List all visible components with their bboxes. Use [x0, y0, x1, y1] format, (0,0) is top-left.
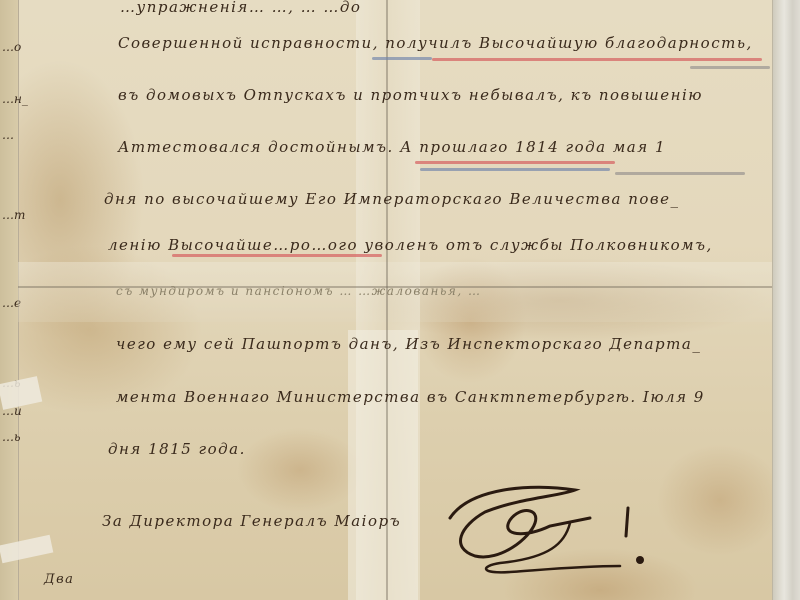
red-underline — [415, 161, 615, 164]
doc-line-9: дня 1815 года. — [108, 440, 246, 458]
doc-line-8: мента Военнаго Министерства въ Санктпете… — [116, 388, 705, 406]
grey-underline — [690, 66, 770, 69]
doc-line-7: чего ему сей Пашпортъ данъ, Изъ Инспекто… — [116, 335, 701, 353]
doc-line-4: дня по высочайшему Его Императорскаго Ве… — [104, 190, 680, 208]
grey-underline — [615, 172, 745, 175]
lower-repair-tape — [348, 330, 418, 600]
document-photo: …о …н_ … …т …е …ь …и …ь …упражненія… …, … — [0, 0, 800, 600]
doc-line-5: ленію Высочайше…ро…ого уволенъ отъ служб… — [108, 236, 713, 254]
margin-text: … — [2, 128, 14, 142]
doc-line-1: Совершенной исправности, получилъ Высоча… — [118, 34, 753, 52]
margin-text: …т — [2, 208, 25, 222]
red-underline — [172, 254, 382, 257]
right-page-edge — [772, 0, 800, 600]
margin-text: …н_ — [2, 92, 28, 106]
margin-text: …ь — [2, 430, 21, 444]
doc-line-10: За Директора Генералъ Маіоръ — [102, 512, 401, 530]
doc-line-0: …упражненія… …, … …до — [120, 0, 361, 16]
red-underline — [432, 58, 762, 61]
doc-line-3: Аттестовался достойнымъ. А прошлаго 1814… — [118, 138, 666, 156]
margin-text: …о — [2, 40, 21, 54]
doc-line-2: въ домовыхъ Отпускахъ и протчихъ небывал… — [118, 86, 703, 104]
doc-line-6-faded: съ мундиромъ и пансiономъ … …жалованья, … — [116, 284, 481, 298]
blue-underline — [420, 168, 610, 171]
blue-underline — [372, 57, 432, 60]
bottom-left-note: Два — [44, 572, 74, 587]
signature-flourish — [440, 478, 650, 578]
